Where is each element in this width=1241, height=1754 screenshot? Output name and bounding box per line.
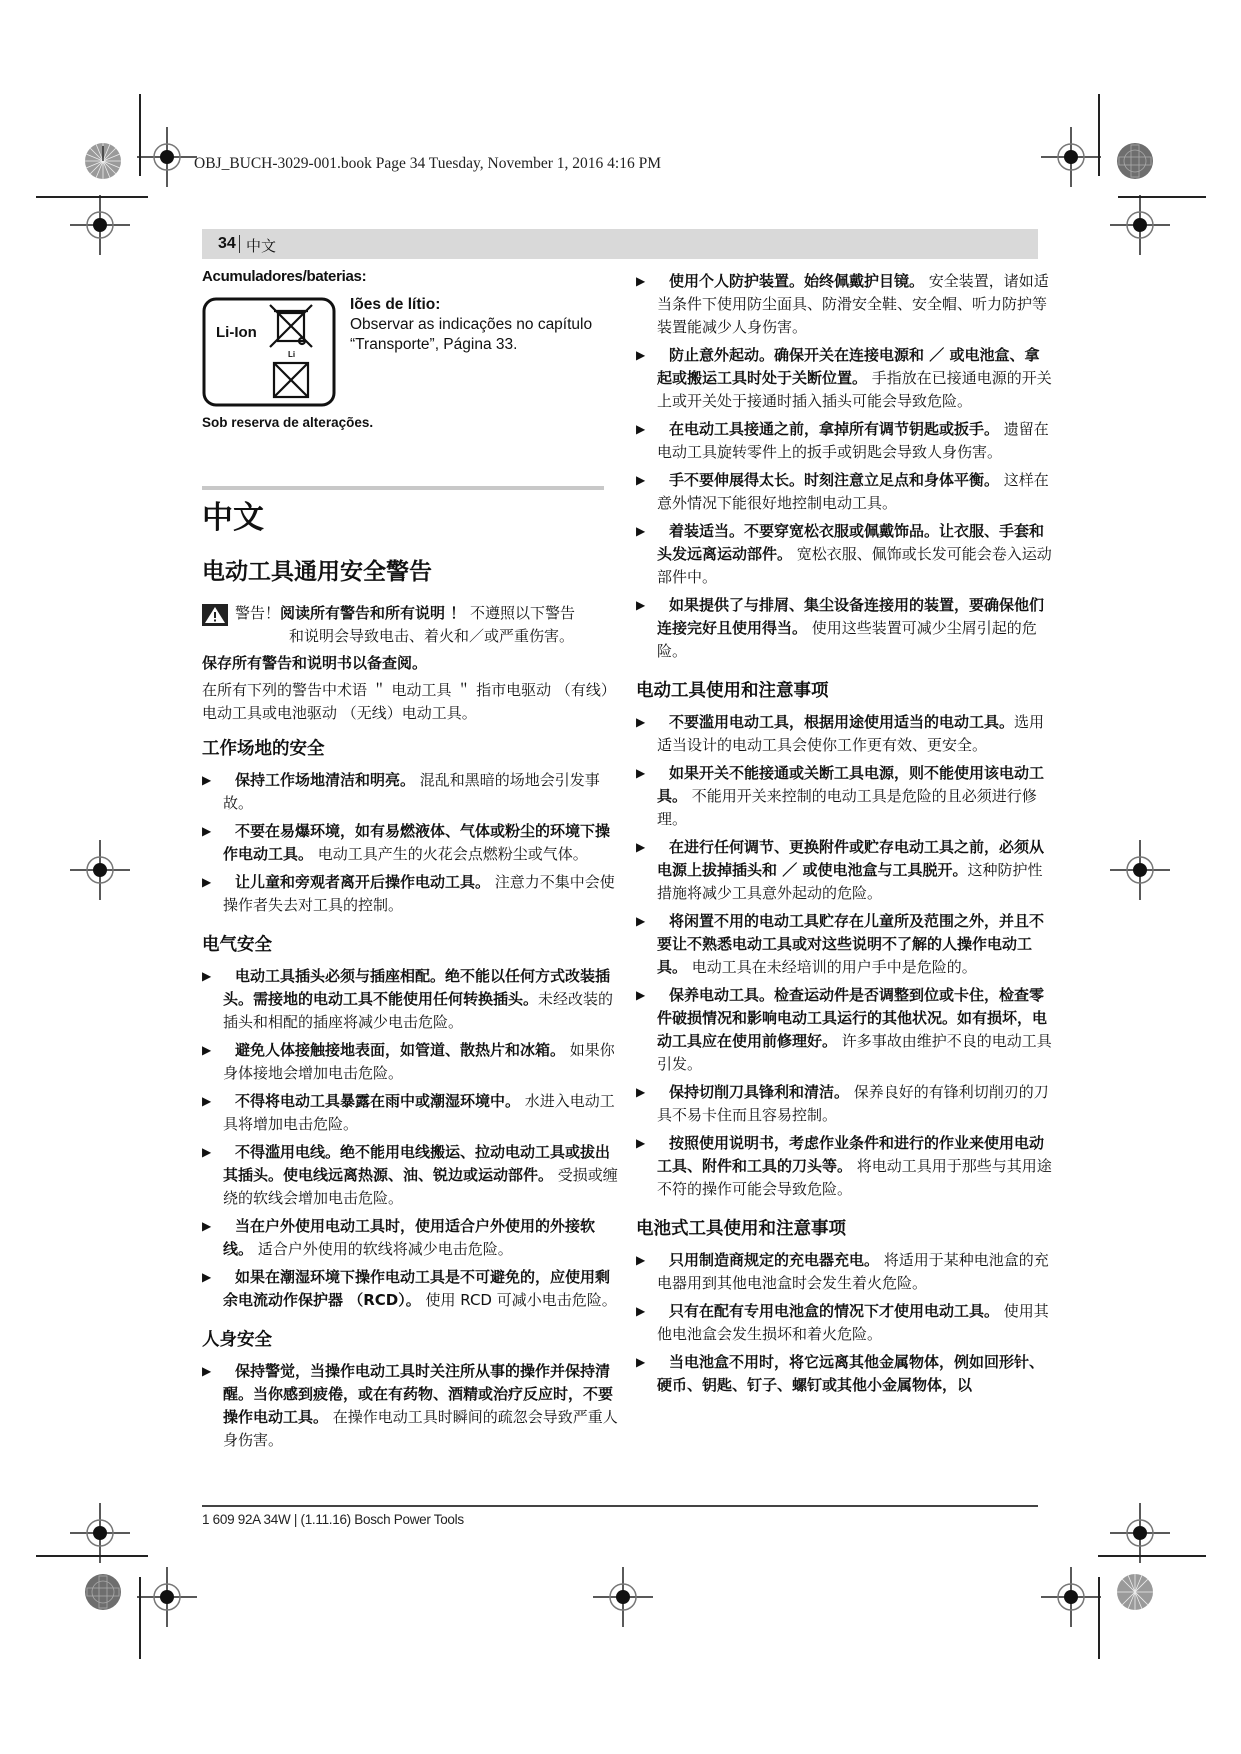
list-item: ▶在电动工具接通之前，拿掉所有调节钥匙或扳手。 遗留在电动工具旋转零件上的扳手或… [636, 418, 1054, 464]
bullet-arrow-icon: ▶ [636, 469, 645, 492]
left-column: Acumuladores/baterias: Li-Ion Li [202, 262, 622, 1457]
section-title-personal: 人身安全 [202, 1328, 622, 1352]
term-note: 在所有下列的警告中术语 ＂ 电动工具 ＂ 指市电驱动 （有线）电动工具或电池驱动… [202, 679, 622, 725]
bullet-arrow-icon: ▶ [636, 520, 645, 543]
registration-mark-icon [1110, 1503, 1170, 1563]
tool-use-list: ▶不要滥用电动工具，根据用途使用适当的电动工具。选用适当设计的电动工具会使你工作… [636, 711, 1054, 1201]
battery-section-title: Acumuladores/baterias: [202, 268, 622, 285]
color-wheel-icon [84, 142, 122, 180]
header-divider [239, 235, 240, 253]
li-ion-disposal-icon: Li-Ion Li [202, 297, 336, 407]
list-item: ▶当电池盒不用时，将它远离其他金属物体，例如回形针、硬币、钥匙、钉子、螺钉或其他… [636, 1351, 1054, 1397]
list-item: ▶将闲置不用的电动工具贮存在儿童所及范围之外，并且不要让不熟悉电动工具或对这些说… [636, 910, 1054, 979]
list-item: ▶使用个人防护装置。始终佩戴护目镜。 安全装置，诸如适当条件下使用防尘面具、防滑… [636, 270, 1054, 339]
save-note: 保存所有警告和说明书以备查阅。 [202, 652, 622, 675]
right-column: ▶使用个人防护装置。始终佩戴护目镜。 安全装置，诸如适当条件下使用防尘面具、防滑… [636, 270, 1054, 1402]
footer-divider [202, 1505, 1038, 1507]
bullet-arrow-icon: ▶ [636, 1081, 645, 1104]
battery-block: Li-Ion Li Iões de lítio: Observar as ind… [202, 291, 622, 409]
battery-item-text-line1: Observar as indicações no capítulo [350, 315, 592, 335]
list-item: ▶保养电动工具。检查运动件是否调整到位或卡住，检查零件破损情况和影响电动工具运行… [636, 984, 1054, 1076]
bullet-arrow-icon: ▶ [636, 1351, 645, 1374]
warning-rest-text: 不遵照以下警告 [465, 604, 575, 622]
bullet-arrow-icon: ▶ [202, 1141, 211, 1164]
list-item: ▶不要在易爆环境，如有易燃液体、气体或粉尘的环境下操作电动工具。 电动工具产生的… [202, 820, 622, 866]
battery-item-title: Iões de lítio: [350, 295, 592, 315]
list-item: ▶只有在配有专用电池盒的情况下才使用电动工具。 使用其他电池盒会发生损坏和着火危… [636, 1300, 1054, 1346]
bullet-arrow-icon: ▶ [636, 594, 645, 617]
color-wheel-icon [1116, 142, 1154, 180]
battery-tool-list: ▶只用制造商规定的充电器充电。 将适用于某种电池盒的充电器用到其他电池盒时会发生… [636, 1249, 1054, 1397]
bullet-arrow-icon: ▶ [202, 1090, 211, 1113]
bullet-arrow-icon: ▶ [636, 984, 645, 1007]
warning-label: 警告！ [235, 604, 280, 622]
personal-list-part1: ▶保持警觉，当操作电动工具时关注所从事的操作并保持清醒。当你感到疲倦，或在有药物… [202, 1360, 622, 1452]
personal-list-part2: ▶使用个人防护装置。始终佩戴护目镜。 安全装置，诸如适当条件下使用防尘面具、防滑… [636, 270, 1054, 663]
list-item: ▶不得将电动工具暴露在雨中或潮湿环境中。 水进入电动工具将增加电击危险。 [202, 1090, 622, 1136]
page-number: 34 [218, 235, 236, 253]
color-wheel-icon [1116, 1573, 1154, 1611]
bullet-arrow-icon: ▶ [202, 1039, 211, 1062]
registration-mark-icon [593, 1567, 653, 1627]
bullet-arrow-icon: ▶ [636, 836, 645, 859]
list-item: ▶电动工具插头必须与插座相配。绝不能以任何方式改装插头。需接地的电动工具不能使用… [202, 965, 622, 1034]
section-title-work-area: 工作场地的安全 [202, 737, 622, 761]
bullet-arrow-icon: ▶ [202, 1215, 211, 1238]
section-title-tool-use: 电动工具使用和注意事项 [636, 679, 1054, 703]
bullet-arrow-icon: ▶ [202, 1360, 211, 1383]
list-item: ▶着装适当。不要穿宽松衣服或佩戴饰品。让衣服、手套和头发远离运动部件。 宽松衣服… [636, 520, 1054, 589]
bullet-arrow-icon: ▶ [202, 1266, 211, 1289]
list-item: ▶不要滥用电动工具，根据用途使用适当的电动工具。选用适当设计的电动工具会使你工作… [636, 711, 1054, 757]
registration-mark-icon [1110, 195, 1170, 255]
registration-mark-icon [70, 840, 130, 900]
bullet-arrow-icon: ▶ [636, 418, 645, 441]
list-item: ▶只用制造商规定的充电器充电。 将适用于某种电池盒的充电器用到其他电池盒时会发生… [636, 1249, 1054, 1295]
registration-mark-icon [1041, 1567, 1101, 1627]
list-item: ▶当在户外使用电动工具时，使用适合户外使用的外接软线。 适合户外使用的软线将减少… [202, 1215, 622, 1261]
color-wheel-icon [84, 1573, 122, 1611]
bullet-arrow-icon: ▶ [202, 965, 211, 988]
list-item: ▶让儿童和旁观者离开后操作电动工具。 注意力不集中会使操作者失去对工具的控制。 [202, 871, 622, 917]
list-item: ▶如果在潮湿环境下操作电动工具是不可避免的，应使用剩余电流动作保护器 （RCD）… [202, 1266, 622, 1312]
list-item: ▶如果提供了与排屑、集尘设备连接用的装置，要确保他们连接完好且使用得当。 使用这… [636, 594, 1054, 663]
list-item: ▶在进行任何调节、更换附件或贮存电动工具之前，必须从电源上拔掉插头和 ／ 或使电… [636, 836, 1054, 905]
bullet-arrow-icon: ▶ [636, 1300, 645, 1323]
section-divider [202, 486, 604, 490]
section-title-battery-tool: 电池式工具使用和注意事项 [636, 1217, 1054, 1241]
work-area-list: ▶保持工作场地清洁和明亮。 混乱和黑暗的场地会引发事故。 ▶不要在易爆环境，如有… [202, 769, 622, 917]
page-header: 34 中文 [202, 229, 1038, 259]
list-item: ▶避免人体接触接地表面，如管道、散热片和冰箱。 如果你身体接地会增加电击危险。 [202, 1039, 622, 1085]
electrical-list: ▶电动工具插头必须与插座相配。绝不能以任何方式改装插头。需接地的电动工具不能使用… [202, 965, 622, 1312]
general-warning: 警告！阅读所有警告和所有说明 ！ 不遵照以下警告 和说明会导致电击、着火和／或严… [202, 602, 622, 648]
li-label: Li [288, 350, 295, 359]
language-title: 中文 [202, 498, 622, 538]
list-item: ▶保持警觉，当操作电动工具时关注所从事的操作并保持清醒。当你感到疲倦，或在有药物… [202, 1360, 622, 1452]
list-item: ▶按照使用说明书，考虑作业条件和进行的作业来使用电动工具、附件和工具的刀头等。 … [636, 1132, 1054, 1201]
registration-mark-icon [1041, 127, 1101, 187]
list-item: ▶保持工作场地清洁和明亮。 混乱和黑暗的场地会引发事故。 [202, 769, 622, 815]
warning-continuation: 和说明会导致电击、着火和／或严重伤害。 [202, 625, 622, 648]
reserve-note: Sob reserva de alterações. [202, 415, 622, 430]
bullet-arrow-icon: ▶ [636, 1249, 645, 1272]
section-title-electrical: 电气安全 [202, 933, 622, 957]
li-ion-label: Li-Ion [216, 324, 257, 341]
bullet-arrow-icon: ▶ [636, 344, 645, 367]
registration-mark-icon [70, 195, 130, 255]
battery-item-text-line2: “Transporte”, Página 33. [350, 335, 592, 355]
bullet-arrow-icon: ▶ [636, 910, 645, 933]
battery-description: Iões de lítio: Observar as indicações no… [350, 295, 592, 355]
list-item: ▶如果开关不能接通或关断工具电源，则不能使用该电动工具。 不能用开关来控制的电动… [636, 762, 1054, 831]
main-title: 电动工具通用安全警告 [202, 556, 622, 588]
registration-mark-icon [70, 1503, 130, 1563]
list-item: ▶不得滥用电线。绝不能用电线搬运、拉动电动工具或拔出其插头。使电线远离热源、油、… [202, 1141, 622, 1210]
registration-mark-icon [1110, 840, 1170, 900]
bullet-arrow-icon: ▶ [202, 871, 211, 894]
list-item: ▶手不要伸展得太长。时刻注意立足点和身体平衡。 这样在意外情况下能很好地控制电动… [636, 469, 1054, 515]
registration-mark-icon [137, 1567, 197, 1627]
bullet-arrow-icon: ▶ [636, 1132, 645, 1155]
print-slug: OBJ_BUCH-3029-001.book Page 34 Tuesday, … [194, 155, 661, 173]
bullet-arrow-icon: ▶ [636, 762, 645, 785]
warning-triangle-icon [202, 604, 228, 626]
footer-text: 1 609 92A 34W | (1.11.16) Bosch Power To… [202, 1512, 464, 1527]
header-language: 中文 [246, 235, 276, 256]
warning-bold-text: 阅读所有警告和所有说明 ！ [280, 604, 465, 622]
registration-mark-icon [137, 127, 197, 187]
bullet-arrow-icon: ▶ [636, 711, 645, 734]
list-item: ▶防止意外起动。确保开关在连接电源和 ／ 或电池盒、拿起或搬运工具时处于关断位置… [636, 344, 1054, 413]
bullet-arrow-icon: ▶ [202, 820, 211, 843]
bullet-arrow-icon: ▶ [202, 769, 211, 792]
bullet-arrow-icon: ▶ [636, 270, 645, 293]
list-item: ▶保持切削刀具锋利和清洁。 保养良好的有锋利切削刃的刀具不易卡住而且容易控制。 [636, 1081, 1054, 1127]
